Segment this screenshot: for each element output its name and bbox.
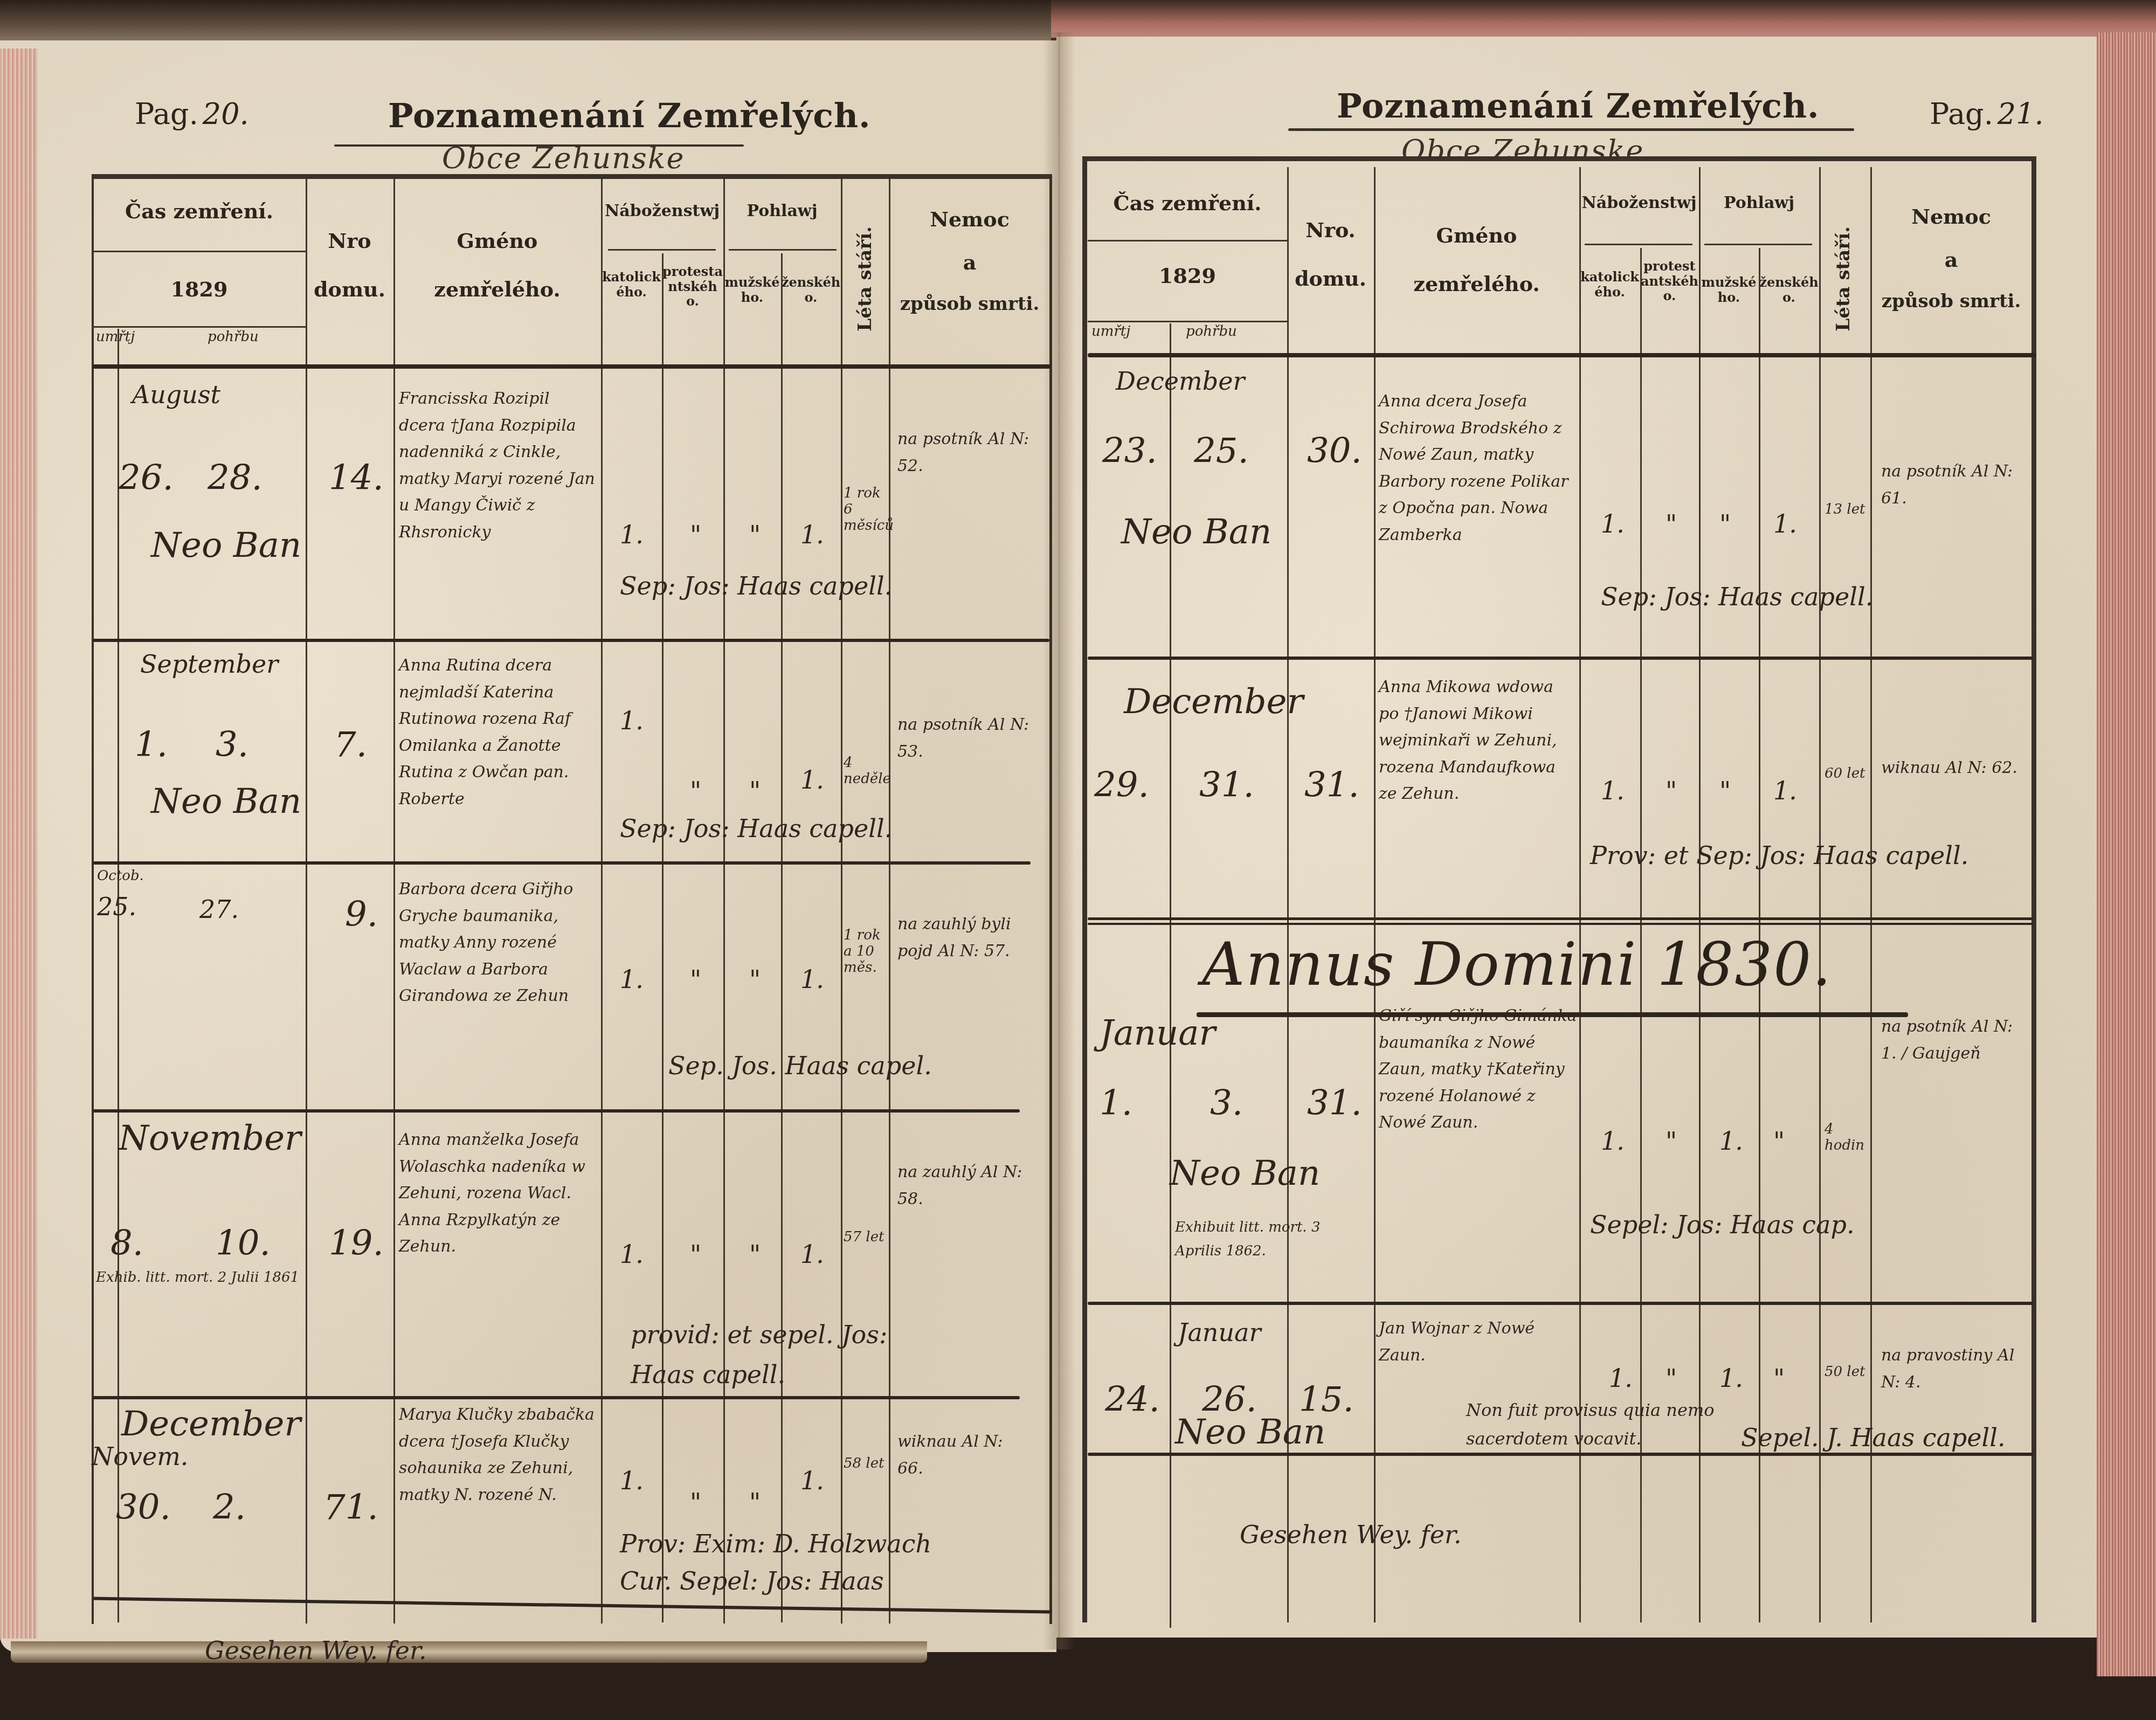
entry-month: Januar bbox=[1178, 1318, 1261, 1347]
entry-cause: na zauhlý byli pojd Al N: 57. bbox=[897, 911, 1038, 964]
entry-officiant: Sep: Jos: Haas capell. bbox=[620, 571, 892, 600]
header-cislo: Nro. bbox=[1287, 218, 1374, 242]
entry-officiant: Sep: Jos: Haas capell. bbox=[1601, 582, 1873, 611]
entry-house: 30. bbox=[1307, 431, 1362, 471]
entry-catholic: 1. bbox=[620, 706, 644, 735]
book-bottom-edge bbox=[11, 1641, 927, 1663]
entry-month: December bbox=[1124, 682, 1303, 722]
entry-house: 31. bbox=[1307, 1083, 1362, 1123]
header-year: 1829 bbox=[1088, 264, 1287, 288]
header-cas-zemreni: Čas zemření. bbox=[1088, 191, 1287, 215]
header-nemoc: Nemoc bbox=[889, 208, 1051, 231]
entry-name: Anna Mikowa wdowa po †Janowi Mikowi wejm… bbox=[1379, 674, 1578, 807]
right-row-separator bbox=[1088, 917, 2034, 920]
entry-house: 14. bbox=[329, 458, 384, 498]
entry-buried: 2. bbox=[213, 1488, 246, 1528]
header-leta-stari: Léta stáří. bbox=[854, 226, 876, 331]
header-zpusob-smrti: způsob smrti. bbox=[889, 294, 1051, 315]
right-col-line bbox=[1870, 167, 1872, 1622]
header-cislo: Nro bbox=[306, 229, 393, 253]
entry-buried: 10. bbox=[216, 1224, 271, 1263]
header-year: 1829 bbox=[93, 278, 306, 301]
entry-place: Neo Ban bbox=[151, 782, 301, 821]
right-col-line bbox=[1374, 167, 1376, 1622]
entry-cause: wiknau Al N: 66. bbox=[897, 1428, 1027, 1482]
left-closing-signature: Gesehen Wey. fer. bbox=[205, 1636, 427, 1665]
entry-male: " bbox=[749, 965, 761, 994]
left-col-line bbox=[841, 179, 842, 1624]
entry-protestant: " bbox=[1666, 1127, 1677, 1156]
entry-cause: na psotník Al N: 1. / Gaujgeň bbox=[1881, 1013, 2027, 1067]
entry-age: 4 hodin bbox=[1825, 1121, 1868, 1153]
header-pohrbu: pohřbu bbox=[208, 329, 259, 345]
left-col-line bbox=[781, 253, 783, 1622]
right-hdr-sub-line bbox=[1704, 244, 1812, 245]
left-col-line bbox=[601, 179, 603, 1624]
header-zenske: ženského. bbox=[1759, 275, 1819, 305]
header-protestantske: protestantského. bbox=[1640, 259, 1699, 303]
right-col-line bbox=[1287, 167, 1289, 1622]
year-value: 1829 bbox=[1159, 264, 1216, 288]
entry-age: 50 let bbox=[1825, 1364, 1868, 1380]
entry-age: 4 neděle bbox=[844, 755, 887, 787]
entry-buried: 28. bbox=[208, 458, 262, 498]
entry-protestant: " bbox=[690, 776, 701, 805]
entry-female: " bbox=[1773, 1364, 1785, 1393]
entry-catholic: 1. bbox=[1601, 509, 1625, 538]
header-nabozenstvi: Náboženstwj bbox=[601, 202, 723, 221]
entry-male: 1. bbox=[1719, 1364, 1743, 1393]
entry-month: December bbox=[1116, 367, 1245, 396]
left-col-split-day bbox=[118, 329, 119, 1622]
entry-died: 1. bbox=[1100, 1083, 1132, 1123]
entry-name: Anna manželka Josefa Wolaschka nadeníka … bbox=[399, 1127, 598, 1260]
header-domu: domu. bbox=[306, 278, 393, 301]
header-a: a bbox=[889, 251, 1051, 274]
entry-buried: 3. bbox=[1210, 1083, 1243, 1123]
entry-male: " bbox=[1719, 776, 1731, 805]
entry-month: Octob. bbox=[97, 868, 144, 884]
entry-male: 1. bbox=[1719, 1127, 1743, 1156]
entry-male: " bbox=[749, 520, 761, 549]
entry-officiant: Sepel. J. Haas capell. bbox=[1741, 1423, 2006, 1452]
right-row-separator bbox=[1088, 1302, 2034, 1305]
entry-protestant: " bbox=[1666, 509, 1677, 538]
entry-female: 1. bbox=[1773, 776, 1797, 805]
entry-month: September bbox=[140, 650, 278, 679]
right-hdr-sub-line bbox=[1088, 240, 1287, 241]
header-nabozenstvi: Náboženstwj bbox=[1579, 194, 1699, 213]
entry-officiant: Prov: et Sep: Jos: Haas capell. bbox=[1590, 841, 1968, 870]
entry-age: 1 rok 6 měsíců bbox=[844, 485, 887, 534]
header-pohrbu: pohřbu bbox=[1186, 323, 1237, 340]
entry-place: Neo Ban bbox=[1121, 512, 1272, 552]
header-katolicke: katolického. bbox=[601, 270, 662, 299]
entry-age: 57 let bbox=[844, 1229, 887, 1245]
book-cover-top bbox=[0, 0, 1051, 43]
entry-place: Neo Ban bbox=[1170, 1153, 1320, 1193]
entry-male: " bbox=[749, 1488, 761, 1517]
entry-catholic: 1. bbox=[620, 965, 644, 994]
entry-month: December bbox=[121, 1404, 301, 1444]
entry-protestant: " bbox=[1666, 776, 1677, 805]
entry-note: Exhib. litt. mort. 2 Julii 1861 bbox=[96, 1269, 299, 1286]
entry-died: 30. bbox=[116, 1488, 171, 1528]
entry-catholic: 1. bbox=[1601, 1127, 1625, 1156]
entry-month: November bbox=[119, 1118, 301, 1158]
right-page-number: Pag.21. bbox=[1930, 97, 2044, 131]
entry-died: 26. bbox=[119, 458, 174, 498]
left-hdr-sub-line bbox=[608, 249, 716, 251]
header-umreti: umřtj bbox=[96, 329, 135, 345]
header-muzske: mužského. bbox=[1699, 275, 1759, 305]
entry-house: 19. bbox=[329, 1224, 384, 1263]
left-page-number: Pag.20. bbox=[135, 97, 249, 131]
left-page-title: Poznamenání Zemřelých. bbox=[388, 96, 871, 135]
header-zpusob-smrti: způsob smrti. bbox=[1870, 291, 2032, 312]
header-domu: domu. bbox=[1287, 267, 1374, 291]
header-zemreleho: zemřelého. bbox=[393, 278, 601, 301]
entry-male: " bbox=[1719, 509, 1731, 538]
entry-protestant: " bbox=[690, 965, 701, 994]
header-leta-stari: Léta stáří. bbox=[1833, 226, 1854, 331]
entry-protestant: " bbox=[1666, 1364, 1677, 1393]
entry-female: 1. bbox=[800, 1466, 824, 1495]
header-pohlavi: Pohlawj bbox=[1699, 194, 1819, 213]
entry-name: Jan Wojnar z Nowé Zaun. bbox=[1379, 1315, 1578, 1369]
entry-cause: na pravostiny Al N: 4. bbox=[1881, 1342, 2027, 1396]
entry-house: 31. bbox=[1304, 765, 1359, 805]
entry-name: Anna dcera Josefa Schirowa Brodského z N… bbox=[1379, 388, 1578, 548]
entry-age: 60 let bbox=[1825, 765, 1868, 782]
right-row-separator bbox=[1088, 1453, 2034, 1456]
entry-note: Exhibuit litt. mort. 3 Aprilis 1862. bbox=[1175, 1215, 1369, 1263]
entry-female: 1. bbox=[800, 765, 824, 795]
entry-age: 13 let bbox=[1825, 501, 1868, 517]
entry-house: 71. bbox=[323, 1488, 378, 1528]
entry-month: Januar bbox=[1100, 1013, 1215, 1053]
entry-officiant: Prov: Exim: D. Holzwach Cur. Sepel: Jos:… bbox=[620, 1525, 965, 1600]
entry-female: 1. bbox=[1773, 509, 1797, 538]
right-closing-signature: Gesehen Wey. fer. bbox=[1240, 1520, 1462, 1549]
entry-cause: na psotník Al N: 61. bbox=[1881, 458, 2027, 512]
left-hdr-sub-line bbox=[93, 326, 306, 328]
entry-protestant: " bbox=[690, 520, 701, 549]
left-col-line bbox=[306, 179, 307, 1624]
entry-catholic: 1. bbox=[620, 1240, 644, 1269]
year-banner-annus-domini: Annus Domini 1830. bbox=[1202, 930, 1832, 999]
left-header-bottom-rule bbox=[93, 364, 1051, 369]
entry-officiant: Sepel: Jos: Haas cap. bbox=[1590, 1210, 1855, 1239]
header-muzske: mužského. bbox=[723, 275, 781, 305]
right-hdr-sub-line bbox=[1088, 321, 1287, 322]
entry-name: Marya Klučky zbabačka dcera †Josefa Kluč… bbox=[399, 1401, 598, 1508]
header-umreti: umřtj bbox=[1091, 323, 1130, 340]
entry-place: Neo Ban bbox=[1175, 1412, 1325, 1452]
right-hdr-sub-line bbox=[1585, 244, 1692, 245]
entry-cause: na psotník Al N: 53. bbox=[897, 712, 1048, 765]
entry-died: 23. bbox=[1102, 431, 1157, 471]
entry-age: 58 let bbox=[844, 1455, 887, 1472]
header-jmeno: Gméno bbox=[1374, 224, 1579, 247]
entry-buried: 31. bbox=[1199, 765, 1254, 805]
left-col-line bbox=[393, 179, 395, 1624]
entry-age: 1 rok a 10 měs. bbox=[844, 927, 887, 976]
entry-officiant: Sep. Jos. Haas capel. bbox=[668, 1051, 932, 1080]
entry-died: 25. bbox=[97, 892, 136, 921]
entry-died: 29. bbox=[1094, 765, 1149, 805]
entry-cause: na zauhlý Al N: 58. bbox=[897, 1159, 1027, 1212]
left-parish-name: Obce Zehunske bbox=[442, 141, 685, 175]
header-cas-zemreni: Čas zemření. bbox=[93, 199, 306, 223]
entry-name: Giří syn Giřjho Gimánka baumaníka z Nowé… bbox=[1379, 1003, 1578, 1136]
left-row-separator bbox=[93, 1109, 1020, 1113]
header-zemreleho: zemřelého. bbox=[1374, 272, 1579, 296]
entry-female: 1. bbox=[800, 965, 824, 994]
right-title-rule bbox=[1288, 128, 1854, 131]
entry-died: 8. bbox=[110, 1224, 143, 1263]
entry-female: 1. bbox=[800, 1240, 824, 1269]
left-row-separator bbox=[93, 639, 1049, 642]
entry-catholic: 1. bbox=[1609, 1364, 1633, 1393]
entry-cause: na psotník Al N: 52. bbox=[897, 426, 1048, 479]
right-row-separator bbox=[1088, 923, 2034, 925]
header-zenske: ženského. bbox=[781, 275, 841, 305]
entry-house: 9. bbox=[345, 895, 378, 935]
entry-place: Neo Ban bbox=[151, 526, 301, 565]
right-header-bottom-rule bbox=[1088, 353, 2036, 357]
right-page-edge bbox=[2097, 32, 2156, 1676]
entry-month: August bbox=[132, 380, 220, 409]
left-hdr-sub-line bbox=[93, 251, 306, 252]
entry-died: 1. bbox=[135, 725, 168, 765]
right-page-title: Poznamenání Zemřelých. bbox=[1337, 86, 1820, 126]
entry-female: 1. bbox=[800, 520, 824, 549]
year-value: 1829 bbox=[171, 277, 228, 301]
entry-buried: 25. bbox=[1194, 431, 1249, 471]
entry-cause: wiknau Al N: 62. bbox=[1881, 755, 2027, 782]
left-page-edge bbox=[0, 49, 38, 1639]
left-row-separator bbox=[93, 1396, 1020, 1399]
entry-catholic: 1. bbox=[1601, 776, 1625, 805]
header-pohlavi: Pohlawj bbox=[723, 202, 841, 221]
entry-officiant: provid: et sepel. Jos: Haas capell. bbox=[631, 1315, 932, 1394]
entry-buried: 3. bbox=[216, 725, 248, 765]
entry-protestant: " bbox=[690, 1240, 701, 1269]
entry-officiant: Sep: Jos: Haas capell. bbox=[620, 814, 892, 843]
entry-name: Francisska Rozipil dcera †Jana Rozpipila… bbox=[399, 385, 598, 545]
header-katolicke: katolického. bbox=[1579, 270, 1640, 299]
entry-month-prev: Novem. bbox=[92, 1442, 188, 1471]
left-col-line bbox=[723, 179, 725, 1624]
entry-name: Barbora dcera Giřjho Gryche baumanika, m… bbox=[399, 876, 598, 1010]
left-row-separator bbox=[93, 861, 1031, 865]
left-hdr-sub-line bbox=[729, 249, 837, 251]
entry-buried: 27. bbox=[199, 895, 239, 924]
entry-male: " bbox=[749, 1240, 761, 1269]
entry-catholic: 1. bbox=[620, 1466, 644, 1495]
header-nemoc: Nemoc bbox=[1870, 205, 2032, 229]
book-cover-top-right bbox=[1051, 0, 2156, 38]
header-a: a bbox=[1870, 248, 2032, 272]
entry-name: Anna Rutina dcera nejmladší Katerina Rut… bbox=[399, 652, 598, 812]
left-col-line bbox=[889, 179, 890, 1624]
entry-catholic: 1. bbox=[620, 520, 644, 549]
right-row-separator bbox=[1088, 657, 2034, 660]
left-col-line bbox=[662, 253, 664, 1622]
entry-died: 24. bbox=[1105, 1380, 1160, 1420]
entry-house: 7. bbox=[334, 725, 367, 765]
header-jmeno: Gméno bbox=[393, 229, 601, 253]
header-protestantske: protestantského. bbox=[662, 264, 723, 309]
entry-male: " bbox=[749, 776, 761, 805]
entry-protestant: " bbox=[690, 1488, 701, 1517]
entry-female: " bbox=[1773, 1127, 1785, 1156]
